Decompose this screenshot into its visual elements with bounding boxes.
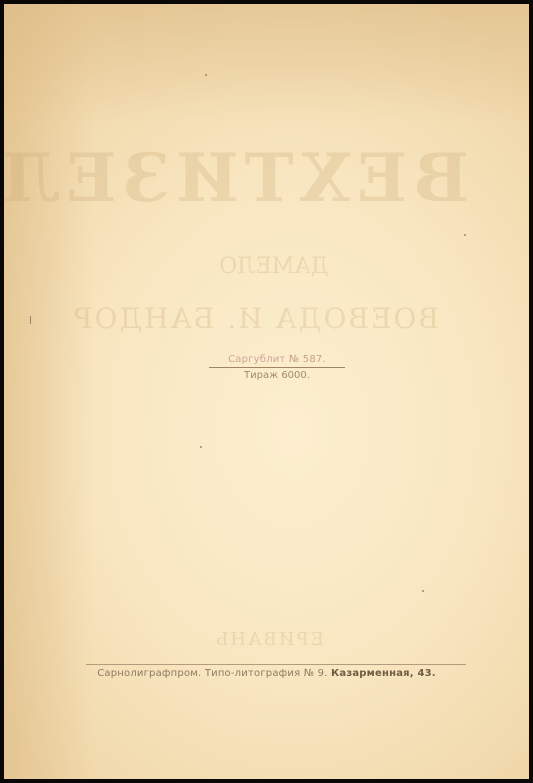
paper-speck bbox=[422, 590, 424, 592]
censorship-imprint: Саргублит № 587. Тираж 6000. bbox=[209, 353, 345, 382]
printer-name: Сарнолиграфпром. bbox=[97, 668, 201, 679]
printer-imprint: Сарнолиграфпром. Типо-литография № 9. Ка… bbox=[4, 668, 529, 679]
censor-label: Саргублит bbox=[228, 354, 285, 365]
censor-line: Саргублит № 587. bbox=[209, 353, 345, 366]
bleed-through-city: ЕРИВАНЬ bbox=[189, 629, 349, 650]
paper-speck bbox=[200, 446, 202, 448]
paper-speck bbox=[464, 234, 466, 236]
printer-address: Казарменная, 43. bbox=[331, 668, 436, 679]
censor-number: № 587. bbox=[289, 354, 326, 365]
scanned-page: ВЕХТИЗЕЛ ДАМЕЛО ВОЕВОДА И. БАНДОР ЕРИВАН… bbox=[4, 4, 529, 779]
bleed-through-title: ВЕХТИЗЕЛ bbox=[84, 139, 469, 217]
bleed-through-author: ВОЕВОДА И. БАНДОР bbox=[119, 302, 439, 335]
bleed-through-subtitle: ДАМЕЛО bbox=[204, 254, 344, 279]
paper-mark bbox=[30, 316, 31, 324]
printer-press: Типо-литография № 9. bbox=[205, 668, 328, 679]
imprint-divider bbox=[209, 367, 345, 368]
print-run: Тираж 6000. bbox=[209, 370, 345, 382]
paper-speck bbox=[205, 74, 207, 76]
printer-rule bbox=[86, 664, 466, 665]
